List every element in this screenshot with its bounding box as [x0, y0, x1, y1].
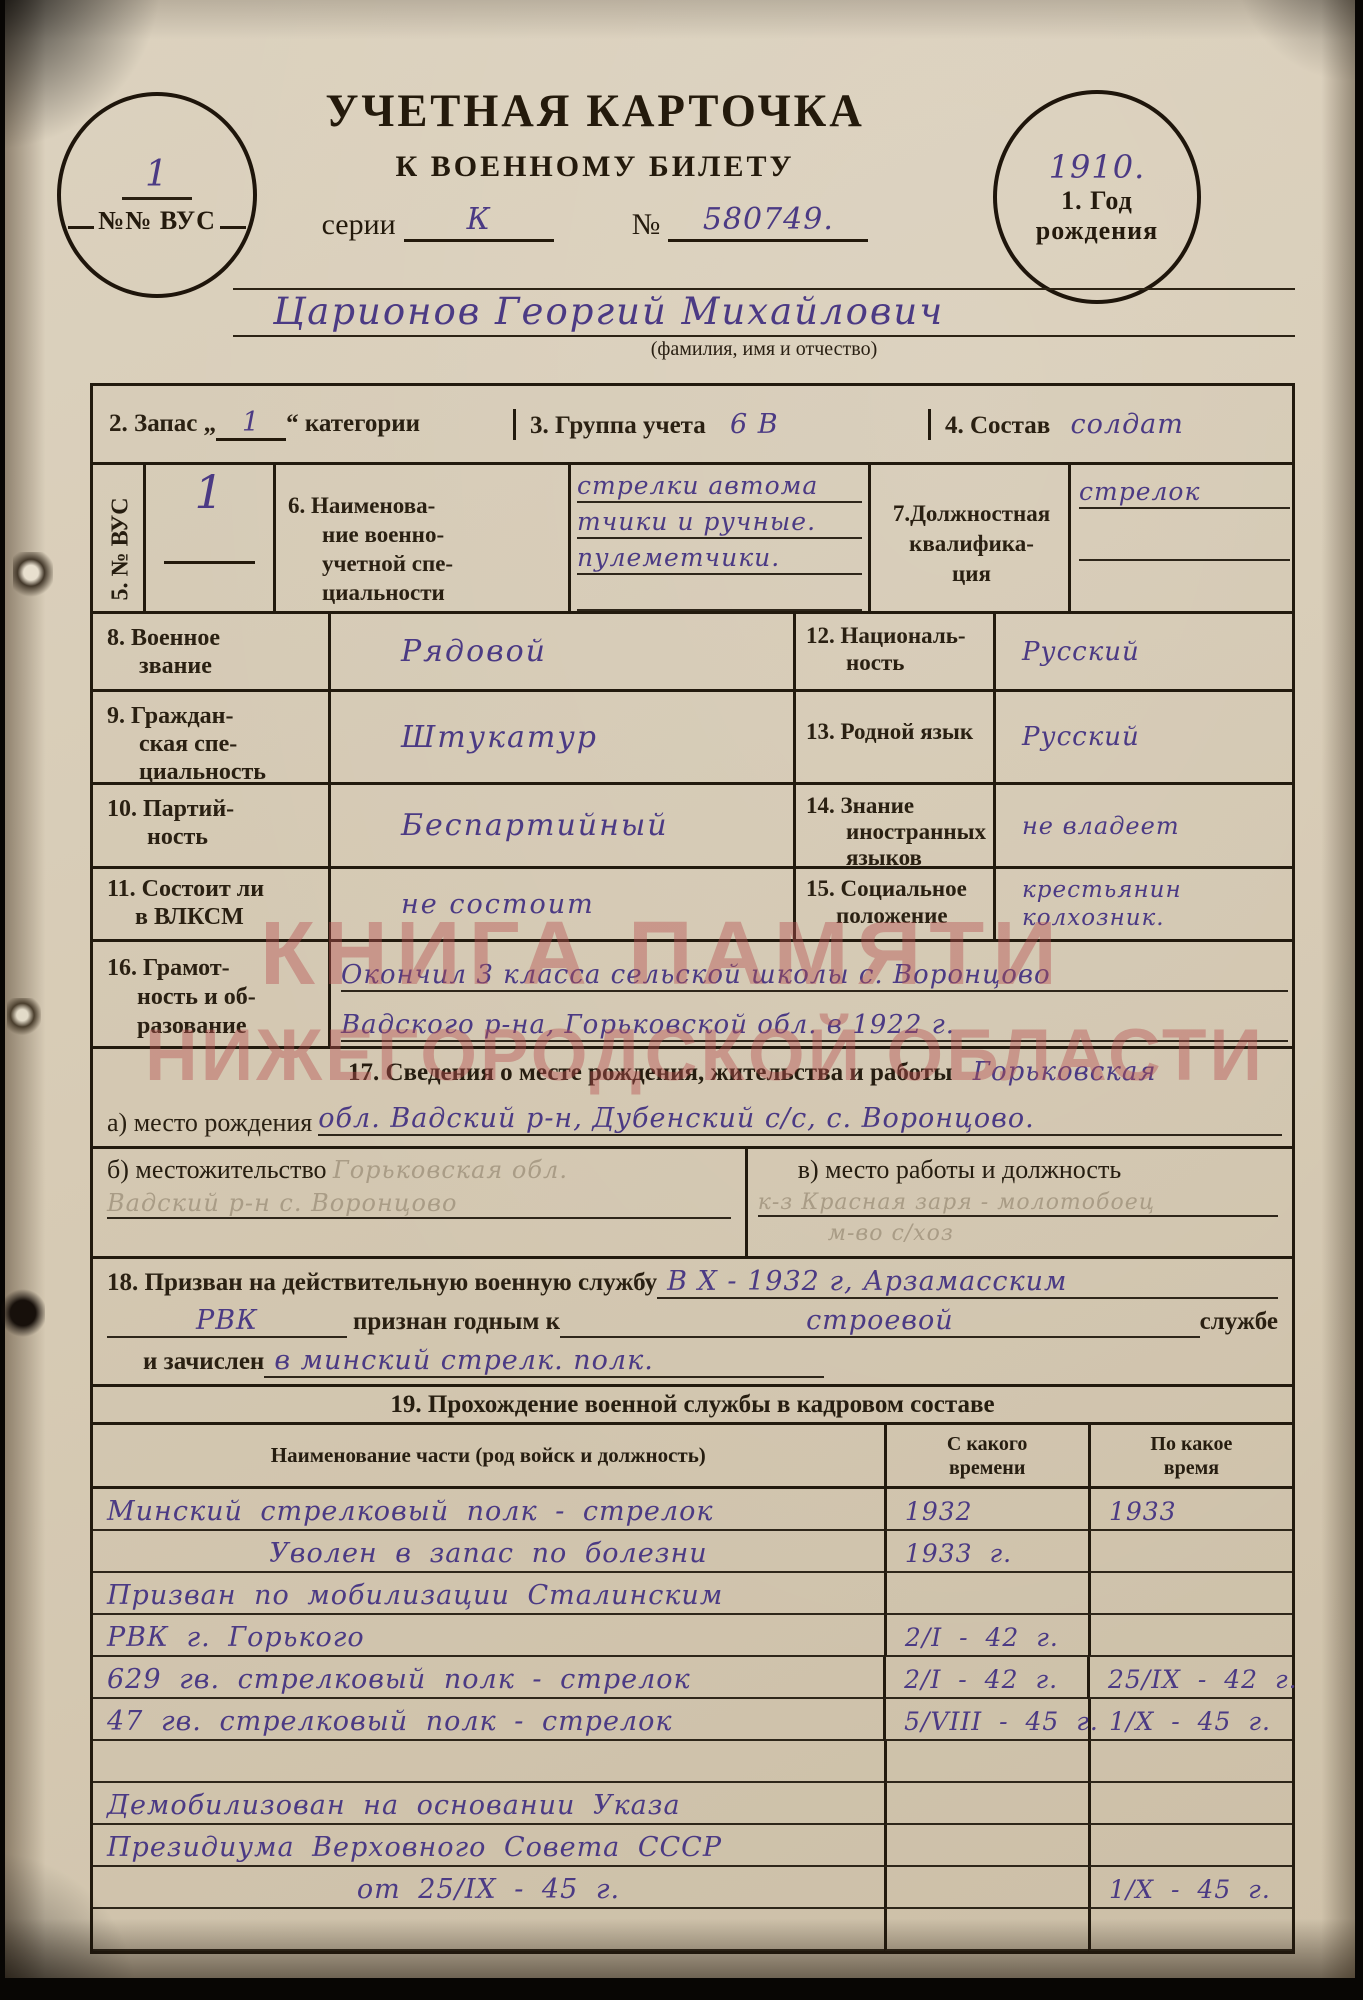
- service-to-cell: [1088, 1531, 1292, 1573]
- residence-cell: б) местожительство Горьковская обл. Вадс…: [93, 1149, 745, 1256]
- service-to-cell: [1088, 1909, 1292, 1951]
- hole-punch-middle: [7, 998, 41, 1036]
- residence-value-line: Вадский р-н с. Воронцово: [107, 1185, 731, 1219]
- drafted-label: 18. Призван на действительную военную сл…: [107, 1269, 657, 1299]
- field-5-value: 1: [194, 465, 224, 519]
- field-2-zapas: 2. Запас „1“ категории: [93, 407, 513, 441]
- workplace-value-1: к-з Красная заря - молотобоец: [758, 1190, 1155, 1215]
- field-8-value-cell: Рядовой: [328, 614, 793, 689]
- field-10-label-1: 10. Партий-: [107, 795, 328, 823]
- service-from-cell: 1933 г.: [884, 1531, 1088, 1573]
- service-unit-cell: Уволен в запас по болезни: [93, 1531, 884, 1573]
- section-17-residence-work-row: б) местожительство Горьковская обл. Вадс…: [93, 1149, 1292, 1256]
- field-16-label-3: разование: [107, 1012, 328, 1041]
- service-row: Минский стрелковый полк - стрелок1932193…: [93, 1489, 1292, 1531]
- service-unit-cell: Президиума Верховного Совета СССР: [93, 1825, 884, 1867]
- field-16-label-1: 16. Грамот-: [107, 954, 328, 983]
- row-2-3-4: 2. Запас „1“ категории 3. Группа учета 6…: [93, 386, 1292, 465]
- vus-circle-label: №№ ВУС: [98, 206, 216, 236]
- birthplace-blank: обл. Вадский р-н, Дубенский с/с, с. Воро…: [318, 1103, 1282, 1136]
- field-9-value-cell: Штукатур: [328, 692, 793, 782]
- name-caption: (фамилия, имя и отчество): [233, 338, 1295, 361]
- service-from-cell: 5/VIII - 45 г.: [883, 1699, 1088, 1741]
- service-unit-value: Уволен в запас по болезни: [269, 1537, 707, 1571]
- service-to-value: 25/IX - 42 г.: [1108, 1663, 1298, 1697]
- name-line: Царионов Георгий Михайлович: [233, 288, 1295, 337]
- field-11-label-1: 11. Состоит ли: [107, 875, 328, 903]
- field-16-value-2: Вадского р-на, Горьковской обл. в 1922 г…: [341, 1010, 955, 1040]
- row-5-6-7: 5. № ВУС 1 6. Наименова- ние военно- уче…: [93, 465, 1292, 614]
- service-row: 47 гв. стрелковый полк - стрелок5/VIII -…: [93, 1699, 1292, 1741]
- field-4-label: 4. Состав: [945, 412, 1050, 439]
- enlisted-label: и зачислен: [143, 1348, 264, 1378]
- service-row: Призван по мобилизации Сталинским: [93, 1573, 1292, 1615]
- field-10-label-2: ность: [107, 823, 328, 851]
- right-dash: [220, 214, 246, 229]
- service-unit-value: РВК г. Горького: [107, 1621, 365, 1655]
- field-5-rule: [164, 561, 255, 564]
- service-from-cell: [884, 1573, 1088, 1615]
- field-7-value: стрелок: [1079, 477, 1200, 507]
- field-12-label-1: 12. Националь-: [806, 622, 993, 649]
- field-14-label-2: иностранных: [806, 819, 993, 845]
- service-unit-value: от 25/IX - 45 г.: [357, 1873, 620, 1907]
- workplace-value-line: к-з Красная заря - молотобоец: [758, 1185, 1278, 1217]
- birth-year-label-1: 1. Год: [1061, 186, 1133, 216]
- field-3-label: 3. Группа учета: [530, 412, 706, 439]
- birthplace-value: обл. Вадский р-н, Дубенский с/с, с. Воро…: [318, 1103, 1034, 1134]
- form-grid: 2. Запас „1“ категории 3. Группа учета 6…: [90, 383, 1295, 1954]
- service-from-cell: [884, 1909, 1088, 1951]
- service-unit-cell: от 25/IX - 45 г.: [93, 1867, 884, 1909]
- field-11-value: не состоит: [401, 889, 595, 920]
- field-12-label-2: ность: [806, 649, 993, 676]
- column-unit-name: Наименование части (род войск и должност…: [93, 1425, 884, 1486]
- birth-year-label-2: рождения: [1036, 216, 1158, 246]
- section-17-title: 17. Сведения о месте рождения, жительств…: [348, 1059, 953, 1086]
- field-2-label-post: категории: [305, 410, 420, 437]
- service-table-header: Наименование части (род войск и должност…: [93, 1425, 1292, 1489]
- workplace-label: в) место работы и должность: [758, 1155, 1292, 1185]
- service-from-cell: [884, 1783, 1088, 1825]
- field-2-value: 1: [242, 407, 260, 438]
- field-9-label-1: 9. Граждан-: [107, 702, 328, 730]
- field-15-label-2: положение: [806, 902, 993, 929]
- section-17-title-row: 17. Сведения о месте рождения, жительств…: [93, 1049, 1292, 1093]
- field-15-label-1: 15. Социальное: [806, 875, 993, 902]
- service-word: службе: [1200, 1308, 1278, 1338]
- field-5-label: 5. № ВУС: [108, 481, 135, 601]
- field-13-label-cell: 13. Родной язык: [793, 692, 993, 782]
- birth-year-handwritten: 1910.: [1049, 148, 1146, 186]
- field-14-label-3: языков: [806, 845, 993, 871]
- service-from-value: 1932: [905, 1495, 973, 1529]
- field-16-value-cell: Окончил 3 класса сельской школы с. Ворон…: [328, 942, 1298, 1046]
- field-3-gruppa: 3. Группа учета 6 В: [513, 409, 928, 440]
- field-6-value-2: тчики и ручные.: [577, 507, 816, 537]
- rvk-value: РВК: [196, 1305, 258, 1336]
- service-unit-value: 47 гв. стрелковый полк - стрелок: [107, 1705, 673, 1739]
- field-8-value: Рядовой: [401, 634, 547, 669]
- hole-punch-top: [13, 552, 53, 598]
- field-6-value-3: пулеметчики.: [577, 543, 780, 573]
- row-10-14: 10. Партий- ность Беспартийный 14. Знани…: [93, 785, 1292, 869]
- field-9-label-2: ская спе-: [107, 730, 328, 758]
- service-from-value: 5/VIII - 45 г.: [904, 1705, 1099, 1739]
- field-2-quote-open: „: [204, 410, 217, 437]
- service-from-value: 2/I - 42 г.: [904, 1663, 1058, 1697]
- field-5-vus: 5. № ВУС: [93, 465, 143, 611]
- service-row: РВК г. Горького2/I - 42 г.: [93, 1615, 1292, 1657]
- service-unit-cell: Минский стрелковый полк - стрелок: [93, 1489, 884, 1531]
- field-13-value: Русский: [1022, 721, 1298, 753]
- section-17-title-handwritten: Горьковская: [973, 1057, 1157, 1087]
- service-to-cell: 1/X - 45 г.: [1088, 1699, 1292, 1741]
- number-blank: 580749.: [668, 204, 868, 242]
- field-12-value-cell: Русский: [993, 614, 1298, 689]
- field-7-label-3: ция: [875, 559, 1068, 589]
- service-row: Демобилизован на основании Указа: [93, 1783, 1292, 1825]
- service-unit-value: Президиума Верховного Совета СССР: [107, 1831, 722, 1865]
- residence-value-2: Вадский р-н с. Воронцово: [107, 1189, 457, 1217]
- service-from-value: 1933 г.: [905, 1537, 1012, 1571]
- column-to-date: По какое время: [1088, 1425, 1292, 1486]
- service-to-cell: [1088, 1615, 1292, 1657]
- service-row: [93, 1741, 1292, 1783]
- service-row: от 25/IX - 45 г.1/X - 45 г.: [93, 1867, 1292, 1909]
- field-11-value-cell: не состоит: [328, 869, 793, 939]
- service-to-cell: [1088, 1741, 1292, 1783]
- section-17-birthplace-row: а) место рождения обл. Вадский р-н, Дубе…: [93, 1093, 1292, 1149]
- field-12-label-cell: 12. Националь- ность: [793, 614, 993, 689]
- field-6-value-line-3: пулеметчики.: [577, 539, 862, 575]
- field-15-value-cell: крестьянин колхозник.: [993, 869, 1298, 939]
- field-8-label-2: звание: [107, 652, 328, 680]
- field-7-label-cell: 7.Должностная квалифика- ция: [868, 465, 1068, 611]
- service-row: Уволен в запас по болезни1933 г.: [93, 1531, 1292, 1573]
- field-14-value: не владеет: [1022, 810, 1298, 842]
- field-10-label-cell: 10. Партий- ность: [93, 785, 328, 866]
- field-6-label-4: циальности: [288, 578, 568, 607]
- series-value-handwritten: К: [467, 202, 491, 237]
- series-label: серии: [322, 208, 396, 242]
- fit-for-value: строевой: [806, 1305, 954, 1336]
- field-16-value-1: Окончил 3 класса сельской школы с. Ворон…: [341, 960, 1051, 990]
- field-16-value-line-1: Окончил 3 класса сельской школы с. Ворон…: [341, 942, 1288, 992]
- field-14-value-cell: не владеет: [993, 785, 1298, 866]
- field-7-label-2: квалифика-: [875, 529, 1068, 559]
- service-unit-value: 629 гв. стрелковый полк - стрелок: [107, 1663, 691, 1697]
- field-16-label-cell: 16. Грамот- ность и об- разование: [93, 942, 328, 1046]
- service-to-value: 1933: [1109, 1495, 1177, 1529]
- service-row: 629 гв. стрелковый полк - стрелок2/I - 4…: [93, 1657, 1292, 1699]
- field-14-label-cell: 14. Знание иностранных языков: [793, 785, 993, 866]
- service-to-cell: 25/IX - 42 г.: [1087, 1657, 1292, 1699]
- field-9-value: Штукатур: [401, 720, 598, 755]
- fit-for-blank: строевой: [560, 1305, 1200, 1338]
- field-6-empty-rule: [577, 575, 862, 611]
- section-18-line-3: и зачислен в минский стрелк. полк.: [107, 1345, 1278, 1378]
- field-13-label: 13. Родной язык: [806, 719, 973, 744]
- registration-card-scan: 1 №№ ВУС УЧЕТНАЯ КАРТОЧКА К ВОЕННОМУ БИЛ…: [5, 0, 1355, 1978]
- field-15-value-2: колхозник.: [1022, 904, 1298, 932]
- row-16: 16. Грамот- ность и об- разование Окончи…: [93, 942, 1292, 1049]
- field-8-label-cell: 8. Военное звание: [93, 614, 328, 689]
- service-row: [93, 1909, 1292, 1951]
- enlisted-blank: в минский стрелк. полк.: [264, 1345, 824, 1378]
- section-18-line-2: РВК признан годным к строевой службе: [107, 1305, 1278, 1338]
- workplace-value-2: м-во с/хоз: [758, 1221, 1292, 1246]
- field-2-label-pre: 2. Запас: [109, 410, 197, 437]
- field-10-value-cell: Беспартийный: [328, 785, 793, 866]
- drafted-value: В X - 1932 г, Арзамасским: [667, 1266, 1067, 1297]
- field-6-value-line-1: стрелки автома: [577, 465, 862, 503]
- field-3-value: 6 В: [730, 409, 779, 440]
- field-6-value-line-2: тчики и ручные.: [577, 503, 862, 539]
- series-number-row: серии К № 580749.: [305, 204, 885, 242]
- service-to-value: 1/X - 45 г.: [1109, 1705, 1271, 1739]
- field-12-value: Русский: [1022, 636, 1298, 668]
- ink-blot: [1, 1288, 45, 1338]
- field-4-value: солдат: [1071, 409, 1184, 440]
- vus-label-row: №№ ВУС: [68, 206, 246, 236]
- rvk-blank: РВК: [107, 1305, 347, 1338]
- service-unit-value: Демобилизован на основании Указа: [107, 1789, 681, 1823]
- service-to-cell: [1088, 1783, 1292, 1825]
- residence-label: б) местожительство: [107, 1155, 327, 1184]
- field-6-label-2: ние военно-: [288, 520, 568, 549]
- field-13-value-cell: Русский: [993, 692, 1298, 782]
- field-6-value-cell: стрелки автома тчики и ручные. пулеметчи…: [568, 465, 868, 611]
- service-from-cell: [884, 1867, 1088, 1909]
- field-7-value-line: стрелок: [1079, 465, 1290, 509]
- drafted-blank: В X - 1932 г, Арзамасским: [657, 1266, 1278, 1299]
- service-to-cell: [1088, 1825, 1292, 1867]
- service-unit-cell: РВК г. Горького: [93, 1615, 884, 1657]
- number-value-handwritten: 580749.: [703, 202, 834, 237]
- field-6-label-cell: 6. Наименова- ние военно- учетной спе- ц…: [273, 465, 568, 611]
- field-7-empty-rule: [1079, 509, 1290, 561]
- service-unit-cell: [93, 1741, 884, 1783]
- field-7-label-1: 7.Должностная: [875, 499, 1068, 529]
- service-unit-cell: 629 гв. стрелковый полк - стрелок: [93, 1657, 883, 1699]
- number-sign: №: [632, 208, 661, 242]
- field-15-label-cell: 15. Социальное положение: [793, 869, 993, 939]
- field-9-label-3: циальность: [107, 758, 328, 786]
- row-8-12: 8. Военное звание Рядовой 12. Националь-…: [93, 614, 1292, 692]
- service-unit-value: Призван по мобилизации Сталинским: [107, 1579, 723, 1613]
- service-to-cell: 1933: [1088, 1489, 1292, 1531]
- enlisted-value: в минский стрелк. полк.: [274, 1345, 653, 1376]
- service-unit-cell: Демобилизован на основании Указа: [93, 1783, 884, 1825]
- field-14-label-1: 14. Знание: [806, 793, 993, 819]
- service-from-cell: [884, 1825, 1088, 1867]
- service-to-cell: 1/X - 45 г.: [1088, 1867, 1292, 1909]
- residence-value-1: Горьковская обл.: [333, 1156, 568, 1184]
- vus-circle: 1 №№ ВУС: [57, 92, 257, 298]
- field-6-value-1: стрелки автома: [577, 471, 818, 501]
- section-17: 17. Сведения о месте рождения, жительств…: [93, 1049, 1292, 1259]
- field-6-label-3: учетной спе-: [288, 549, 568, 578]
- row-11-15: 11. Состоит ли в ВЛКСМ не состоит 15. Со…: [93, 869, 1292, 942]
- section-19-title: 19. Прохождение военной службы в кадрово…: [93, 1387, 1292, 1425]
- field-10-value: Беспартийный: [401, 808, 669, 843]
- column-from-date: С какого времени: [884, 1425, 1088, 1486]
- full-name-handwritten: Царионов Георгий Михайлович: [273, 290, 944, 333]
- name-block: Царионов Георгий Михайлович (фамилия, им…: [233, 288, 1295, 361]
- card-title: УЧЕТНАЯ КАРТОЧКА: [317, 84, 874, 138]
- service-to-cell: [1088, 1573, 1292, 1615]
- vus-number-handwritten: 1: [145, 154, 169, 195]
- field-11-label-cell: 11. Состоит ли в ВЛКСМ: [93, 869, 328, 939]
- service-to-value: 1/X - 45 г.: [1109, 1873, 1271, 1907]
- service-from-cell: 1932: [884, 1489, 1088, 1531]
- card-header: УЧЕТНАЯ КАРТОЧКА К ВОЕННОМУ БИЛЕТУ серии…: [305, 84, 885, 242]
- workplace-cell: в) место работы и должность к-з Красная …: [745, 1149, 1292, 1256]
- field-11-label-2: в ВЛКСМ: [107, 903, 328, 931]
- field-15-value-1: крестьянин: [1022, 876, 1298, 904]
- field-7-value-cell: стрелок: [1068, 465, 1298, 611]
- service-from-value: 2/I - 42 г.: [905, 1621, 1059, 1655]
- field-16-value-line-2: Вадского р-на, Горьковской обл. в 1922 г…: [341, 992, 1288, 1042]
- birth-year-circle: 1910. 1. Год рождения: [993, 90, 1201, 304]
- field-2-quote-close: “: [286, 410, 299, 437]
- service-row: Президиума Верховного Совета СССР: [93, 1825, 1292, 1867]
- service-from-cell: [884, 1741, 1088, 1783]
- row-9-13: 9. Граждан- ская спе- циальность Штукату…: [93, 692, 1292, 785]
- service-from-cell: 2/I - 42 г.: [883, 1657, 1087, 1699]
- service-table-body: Минский стрелковый полк - стрелок1932193…: [93, 1489, 1292, 1951]
- service-unit-cell: Призван по мобилизации Сталинским: [93, 1573, 884, 1615]
- series-blank: К: [404, 204, 554, 242]
- field-6-label-1: 6. Наименова-: [288, 491, 568, 520]
- field-9-label-cell: 9. Граждан- ская спе- циальность: [93, 692, 328, 782]
- vus-blank-line: [122, 197, 192, 200]
- fit-for-label: признан годным к: [347, 1308, 560, 1338]
- field-5-value-cell: 1: [143, 465, 273, 611]
- service-unit-value: Минский стрелковый полк - стрелок: [107, 1495, 713, 1529]
- birthplace-label: а) место рождения: [107, 1108, 312, 1146]
- service-unit-cell: [93, 1909, 884, 1951]
- left-dash: [68, 214, 94, 229]
- field-16-label-2: ность и об-: [107, 983, 328, 1012]
- field-8-label-1: 8. Военное: [107, 624, 328, 652]
- field-2-blank: 1: [216, 407, 286, 441]
- service-unit-cell: 47 гв. стрелковый полк - стрелок: [93, 1699, 883, 1741]
- card-subtitle: К ВОЕННОМУ БИЛЕТУ: [305, 150, 885, 184]
- service-from-cell: 2/I - 42 г.: [884, 1615, 1088, 1657]
- section-18: 18. Призван на действительную военную сл…: [93, 1259, 1292, 1387]
- field-4-sostav: 4. Состав солдат: [928, 409, 1298, 440]
- section-18-line-1: 18. Призван на действительную военную сл…: [107, 1266, 1278, 1299]
